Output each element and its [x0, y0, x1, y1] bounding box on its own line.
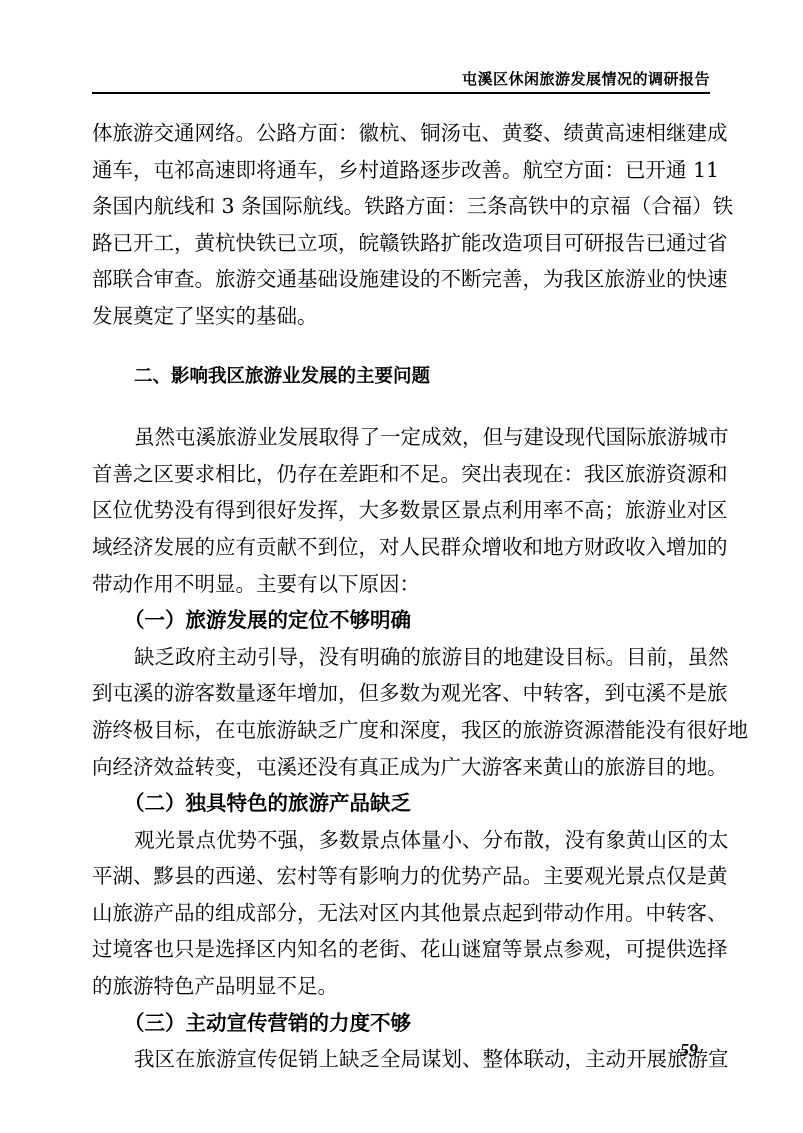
page-number: 59 — [680, 1040, 698, 1061]
subsection-heading: （一）旅游发展的定位不够明确 — [92, 602, 712, 639]
spacer — [92, 395, 712, 419]
text-line: 观光景点优势不强，多数景点体量小、分布散，没有象黄山区的太 — [92, 822, 712, 859]
running-header: 屯溪区休闲旅游发展情况的调研报告 — [92, 64, 710, 94]
subsection-2: （二）独具特色的旅游产品缺乏 观光景点优势不强，多数景点体量小、分布散，没有象黄… — [92, 785, 712, 1005]
text-line: 游终极目标，在屯旅游缺乏广度和深度，我区的旅游资源潜能没有很好地 — [92, 712, 712, 749]
subsection-1: （一）旅游发展的定位不够明确 缺乏政府主动引导，没有明确的旅游目的地建设目标。目… — [92, 602, 712, 785]
paragraph-transport: 体旅游交通网络。公路方面：徽杭、铜汤屯、黄婺、绩黄高速相继建成 通车，屯祁高速即… — [92, 115, 712, 335]
text-line: 条国内航线和 3 条国际航线。铁路方面：三条高铁中的京福（合福）铁 — [92, 188, 712, 225]
text-line: 我区在旅游宣传促销上缺乏全局谋划、整体联动，主动开展旅游宣 — [92, 1041, 712, 1078]
subsection-3: （三）主动宣传营销的力度不够 我区在旅游宣传促销上缺乏全局谋划、整体联动，主动开… — [92, 1005, 712, 1078]
spacer — [92, 335, 712, 359]
text-line: 向经济效益转变，屯溪还没有真正成为广大游客来黄山的旅游目的地。 — [92, 749, 712, 786]
text-line: 到屯溪的游客数量逐年增加，但多数为观光客、中转客，到屯溪不是旅 — [92, 675, 712, 712]
text-line: 区位优势没有得到很好发挥，大多数景区景点利用率不高；旅游业对区 — [92, 492, 712, 529]
text-line: 虽然屯溪旅游业发展取得了一定成效，但与建设现代国际旅游城市 — [92, 419, 712, 456]
text-line: 缺乏政府主动引导，没有明确的旅游目的地建设目标。目前，虽然 — [92, 639, 712, 676]
text-line: 首善之区要求相比，仍存在差距和不足。突出表现在：我区旅游资源和 — [92, 456, 712, 493]
text-line: 带动作用不明显。主要有以下原因： — [92, 566, 712, 603]
text-line: 平湖、黟县的西递、宏村等有影响力的优势产品。主要观光景点仅是黄 — [92, 858, 712, 895]
text-line: 路已开工，黄杭快铁已立项，皖赣铁路扩能改造项目可研报告已通过省 — [92, 225, 712, 262]
header-title: 屯溪区休闲旅游发展情况的调研报告 — [462, 68, 710, 89]
text-line: 发展奠定了坚实的基础。 — [92, 298, 712, 335]
paragraph-intro: 虽然屯溪旅游业发展取得了一定成效，但与建设现代国际旅游城市 首善之区要求相比，仍… — [92, 419, 712, 602]
text-line: 域经济发展的应有贡献不到位，对人民群众增收和地方财政收入增加的 — [92, 529, 712, 566]
page-body: 体旅游交通网络。公路方面：徽杭、铜汤屯、黄婺、绩黄高速相继建成 通车，屯祁高速即… — [92, 115, 712, 1078]
text-line: 山旅游产品的组成部分，无法对区内其他景点起到带动作用。中转客、 — [92, 895, 712, 932]
section-heading: 二、影响我区旅游业发展的主要问题 — [92, 359, 712, 396]
subsection-heading: （三）主动宣传营销的力度不够 — [92, 1005, 712, 1042]
text-line: 过境客也只是选择区内知名的老街、花山谜窟等景点参观，可提供选择 — [92, 931, 712, 968]
text-line: 通车，屯祁高速即将通车，乡村道路逐步改善。航空方面：已开通 11 — [92, 152, 712, 189]
text-line: 体旅游交通网络。公路方面：徽杭、铜汤屯、黄婺、绩黄高速相继建成 — [92, 115, 712, 152]
text-line: 部联合审查。旅游交通基础设施建设的不断完善，为我区旅游业的快速 — [92, 261, 712, 298]
subsection-heading: （二）独具特色的旅游产品缺乏 — [92, 785, 712, 822]
text-line: 的旅游特色产品明显不足。 — [92, 968, 712, 1005]
